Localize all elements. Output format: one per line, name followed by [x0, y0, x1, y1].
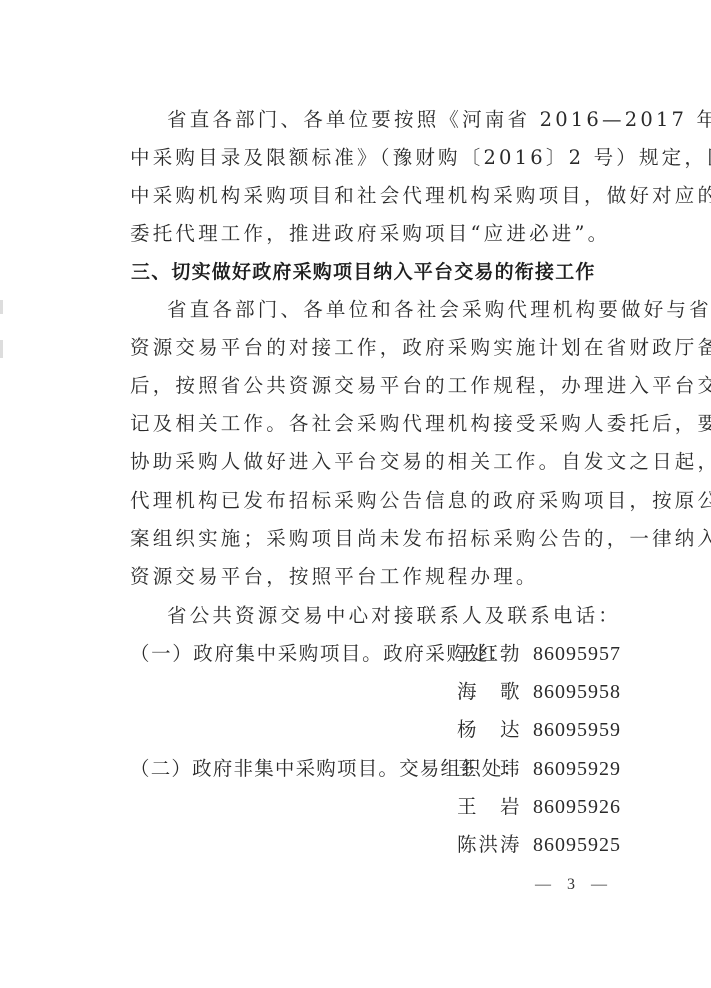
- contact-name: 海 歌: [457, 680, 522, 704]
- text-line: 代理机构已发布招标采购公告信息的政府采购项目，按原公告方: [130, 489, 610, 513]
- text-line: 中采购目录及限额标准》（豫财购〔2016〕2 号）规定，区分集: [130, 146, 610, 170]
- contact-name: 王红勃: [457, 642, 522, 666]
- contact-phone: 86095957: [533, 642, 621, 666]
- text-line: 资源交易平台，按照平台工作规程办理。: [130, 565, 610, 589]
- contact-name: 王 岩: [457, 795, 522, 819]
- section-heading: 三、切实做好政府采购项目纳入平台交易的衔接工作: [131, 260, 611, 284]
- text-line: 中采购机构采购项目和社会代理机构采购项目，做好对应的项目: [130, 184, 610, 208]
- contact-name: 王 玮: [457, 757, 522, 781]
- scan-edge-mark: [0, 300, 3, 314]
- text-line: 省直各部门、各单位和各社会采购代理机构要做好与省公共: [167, 298, 647, 322]
- scan-edge-mark: [0, 340, 3, 358]
- text-line: 记及相关工作。各社会采购代理机构接受采购人委托后，要主动: [130, 412, 610, 436]
- text-line: 案组织实施；采购项目尚未发布招标采购公告的，一律纳入公共: [130, 527, 610, 551]
- text-line: 资源交易平台的对接工作，政府采购实施计划在省财政厅备案: [130, 336, 610, 360]
- contact-name: 杨 达: [457, 718, 522, 742]
- page-number: — 3 —: [535, 876, 613, 894]
- contacts-intro: 省公共资源交易中心对接联系人及联系电话：: [167, 604, 647, 628]
- text-line: 协助采购人做好进入平台交易的相关工作。自发文之日起，社会: [130, 450, 610, 474]
- contact-phone: 86095925: [533, 833, 621, 857]
- contact-phone: 86095929: [533, 757, 621, 781]
- text-line: 省直各部门、各单位要按照《河南省 2016—2017 年政府集: [167, 108, 647, 132]
- text-line: 委托代理工作，推进政府采购项目“应进必进”。: [130, 222, 610, 246]
- text-line: 后，按照省公共资源交易平台的工作规程，办理进入平台交易登: [130, 374, 610, 398]
- contact-name: 陈洪涛: [457, 833, 522, 857]
- contact-phone: 86095926: [533, 795, 621, 819]
- contact-phone: 86095959: [533, 718, 621, 742]
- contact-phone: 86095958: [533, 680, 621, 704]
